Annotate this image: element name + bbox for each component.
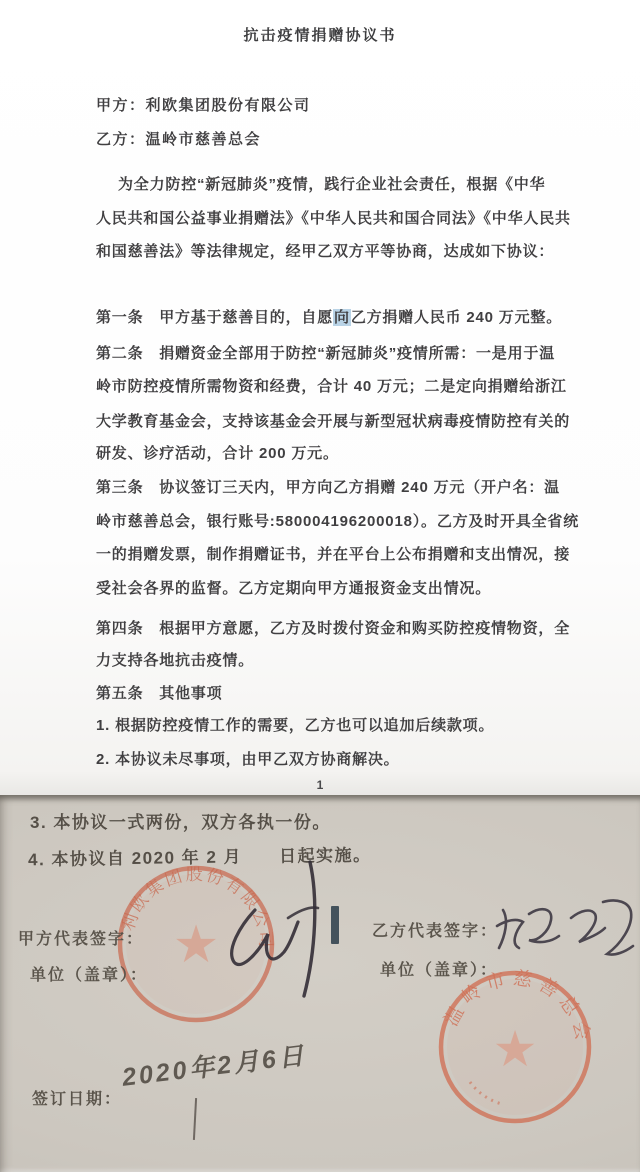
body-line: 第二条 捐赠资金全部用于防控“新冠肺炎”疫情所需：一是用于温 xyxy=(96,342,566,363)
dark-bar-artifact xyxy=(331,906,339,944)
party-a-line: 甲方：利欧集团股份有限公司 xyxy=(96,94,566,115)
body-line: 第三条 协议签订三天内，甲方向乙方捐赠 240 万元（开户名：温 xyxy=(96,476,566,497)
body-line: 1. 根据防控疫情工作的需要，乙方也可以追加后续款项。 xyxy=(96,714,566,735)
article-1-line: 第一条 甲方基于慈善目的，自愿向乙方捐赠人民币 240 万元整。 xyxy=(96,306,566,327)
preamble-line: 人民共和国公益事业捐赠法》《中华人民共和国合同法》《中华人民共 xyxy=(96,207,566,228)
sign-date-label: 签订日期： xyxy=(32,1086,122,1109)
article-1-pre: 第一条 甲方基于慈善目的，自愿 xyxy=(96,309,333,326)
party-b-unit-label: 单位（盖章）： xyxy=(380,957,498,980)
article-1-post: 乙方捐赠人民币 240 万元整。 xyxy=(351,309,562,326)
article-1-highlighted-char: 向 xyxy=(333,309,351,326)
document-title: 抗击疫情捐赠协议书 xyxy=(0,24,640,45)
party-a-unit-label: 单位（盖章）： xyxy=(30,962,148,985)
body-line: 第五条 其他事项 xyxy=(96,682,566,703)
body-line: 研发、诊疗活动，合计 200 万元。 xyxy=(96,442,566,463)
body-line: 大学教育基金会，支持该基金会开展与新型冠状病毒疫情防控有关的 xyxy=(96,410,566,431)
party-a-sign-label: 甲方代表签字： xyxy=(18,926,144,949)
clause-item-4: 4. 本协议自 2020 年 2 月 日起实施。 xyxy=(28,841,372,871)
body-line: 受社会各界的监督。乙方定期向甲方通报资金支出情况。 xyxy=(96,577,566,598)
page-1: 抗击疫情捐赠协议书 甲方：利欧集团股份有限公司 乙方：温岭市慈善总会 为全力防控… xyxy=(0,0,640,795)
party-b-sign-label: 乙方代表签字： xyxy=(372,918,498,941)
body-line: 岭市慈善总会，银行账号:580004196200018）。乙方及时开具全省统 xyxy=(96,510,566,531)
scanned-agreement-document: 抗击疫情捐赠协议书 甲方：利欧集团股份有限公司 乙方：温岭市慈善总会 为全力防控… xyxy=(0,0,640,1172)
body-line: 2. 本协议未尽事项，由甲乙双方协商解决。 xyxy=(96,748,566,769)
preamble-line: 为全力防控“新冠肺炎”疫情，践行企业社会责任，根据《中华 xyxy=(118,173,588,194)
page-number: 1 xyxy=(0,778,640,792)
party-b-line: 乙方：温岭市慈善总会 xyxy=(96,128,566,149)
body-line: 岭市防控疫情所需物资和经费，合计 40 万元；二是定向捐赠给浙江 xyxy=(96,375,566,396)
body-line: 第四条 根据甲方意愿，乙方及时拨付资金和购买防控疫情物资，全 xyxy=(96,617,566,638)
body-line: 力支持各地抗击疫情。 xyxy=(96,649,566,670)
body-line: 一的捐赠发票，制作捐赠证书，并在平台上公布捐赠和支出情况，接 xyxy=(96,543,566,564)
clause-item-3: 3. 本协议一式两份，双方各执一份。 xyxy=(30,808,331,833)
preamble-line: 和国慈善法》等法律规定，经甲乙双方平等协商，达成如下协议： xyxy=(96,240,566,261)
